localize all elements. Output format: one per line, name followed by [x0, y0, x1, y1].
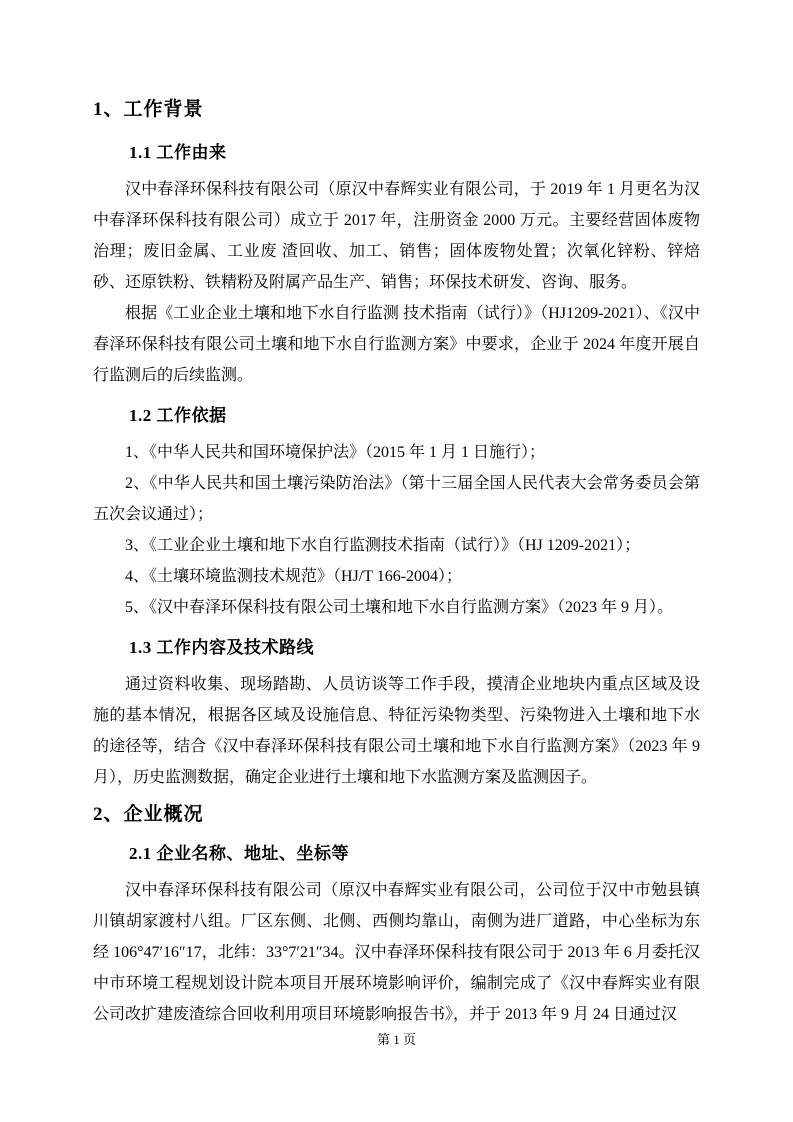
paragraph-company-intro: 汉中春泽环保科技有限公司（原汉中春辉实业有限公司，于 2019 年 1 月更名为…	[93, 174, 700, 298]
heading-1-1-work-origin: 1.1 工作由来	[129, 140, 700, 166]
basis-list-item-2: 2、《中华人民共和国土壤污染防治法》（第十三届全国人民代表大会常务委员会第五次会…	[93, 468, 700, 530]
document-page: 1、工作背景 1.1 工作由来 汉中春泽环保科技有限公司（原汉中春辉实业有限公司…	[0, 0, 793, 1122]
paragraph-company-location: 汉中春泽环保科技有限公司（原汉中春辉实业有限公司，公司位于汉中市勉县镇川镇胡家渡…	[93, 875, 700, 1030]
heading-company-overview: 2、企业概况	[93, 801, 700, 829]
basis-list-item-1: 1、《中华人民共和国环境保护法》（2015 年 1 月 1 日施行）；	[93, 437, 700, 468]
paragraph-monitoring-requirement: 根据《工业企业土壤和地下水自行监测 技术指南（试行）》（HJ1209-2021）…	[93, 298, 700, 391]
paragraph-work-content: 通过资料收集、现场踏勘、人员访谈等工作手段，摸清企业地块内重点区域及设施的基本情…	[93, 669, 700, 793]
heading-1-3-work-content: 1.3 工作内容及技术路线	[129, 635, 700, 661]
basis-list-item-3: 3、《工业企业土壤和地下水自行监测技术指南（试行）》（HJ 1209-2021）…	[93, 530, 700, 561]
heading-2-1-company-name-address: 2.1 企业名称、地址、坐标等	[129, 841, 700, 867]
basis-list-item-4: 4、《土壤环境监测技术规范》（HJ/T 166-2004）；	[93, 561, 700, 592]
basis-list-item-5: 5、《汉中春泽环保科技有限公司土壤和地下水自行监测方案》（2023 年 9 月）…	[93, 592, 700, 623]
heading-1-2-work-basis: 1.2 工作依据	[129, 403, 700, 429]
page-number: 第 1 页	[0, 1032, 793, 1048]
heading-work-background: 1、工作背景	[93, 96, 700, 124]
